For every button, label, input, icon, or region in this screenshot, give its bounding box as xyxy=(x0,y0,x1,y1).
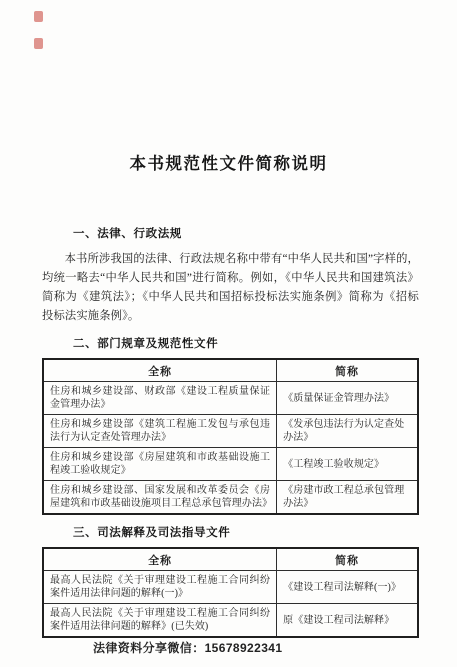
table-row: 住房和城乡建设部、国家发展和改革委员会《房屋建筑和市政基础设施项目工程总承包管理… xyxy=(43,481,418,515)
abbreviation-cell: 《质量保证金管理办法》 xyxy=(277,382,418,415)
abbreviation-cell: 原《建设工程司法解释》 xyxy=(277,604,418,638)
section-rules-heading: 二、部门规章及规范性文件 xyxy=(42,337,419,352)
laws-paragraph: 本书所涉我国的法律、行政法规名称中带有“中华人民共和国”字样的，均统一略去“中华… xyxy=(42,250,419,326)
rules-header-abbreviation: 简称 xyxy=(277,359,418,382)
full-name-cell: 住房和城乡建设部、国家发展和改革委员会《房屋建筑和市政基础设施项目工程总承包管理… xyxy=(43,481,277,515)
full-name-cell: 住房和城乡建设部《建筑工程施工发包与承包违法行为认定查处管理办法》 xyxy=(43,415,277,448)
judicial-table-header-row: 全称 简称 xyxy=(43,548,418,571)
rules-header-full-name: 全称 xyxy=(43,359,277,382)
abbreviation-cell: 《发承包违法行为认定查处办法》 xyxy=(277,415,418,448)
judicial-header-full-name: 全称 xyxy=(43,548,277,571)
section-judicial-heading: 三、司法解释及司法指导文件 xyxy=(42,526,419,541)
rules-table: 全称 简称 住房和城乡建设部、财政部《建设工程质量保证金管理办法》 《质量保证金… xyxy=(42,358,419,515)
table-row: 住房和城乡建设部《房屋建筑和市政基础设施工程竣工验收规定》 《工程竣工验收规定》 xyxy=(43,448,418,481)
full-name-cell: 住房和城乡建设部、财政部《建设工程质量保证金管理办法》 xyxy=(43,382,277,415)
judicial-header-abbreviation: 简称 xyxy=(277,548,418,571)
page-content: 一、法律、行政法规 本书所涉我国的法律、行政法规名称中带有“中华人民共和国”字样… xyxy=(42,227,419,638)
table-row: 住房和城乡建设部《建筑工程施工发包与承包违法行为认定查处管理办法》 《发承包违法… xyxy=(43,415,418,448)
full-name-cell: 住房和城乡建设部《房屋建筑和市政基础设施工程竣工验收规定》 xyxy=(43,448,277,481)
abbreviation-cell: 《工程竣工验收规定》 xyxy=(277,448,418,481)
judicial-table: 全称 简称 最高人民法院《关于审理建设工程施工合同纠纷案件适用法律问题的解释(一… xyxy=(42,547,419,638)
document-page: 本书规范性文件简称说明 一、法律、行政法规 本书所涉我国的法律、行政法规名称中带… xyxy=(0,0,457,667)
watermark-text: 法律资料分享微信：15678922341 xyxy=(93,639,282,656)
rules-table-header-row: 全称 简称 xyxy=(43,359,418,382)
abbreviation-cell: 《建设工程司法解释(一)》 xyxy=(277,571,418,604)
page-title: 本书规范性文件简称说明 xyxy=(0,150,457,174)
table-row: 最高人民法院《关于审理建设工程施工合同纠纷案件适用法律问题的解释(一)》 《建设… xyxy=(43,571,418,604)
red-stamp-mark-top xyxy=(34,11,43,22)
full-name-cell: 最高人民法院《关于审理建设工程施工合同纠纷案件适用法律问题的解释》(已失效) xyxy=(43,604,277,638)
full-name-cell: 最高人民法院《关于审理建设工程施工合同纠纷案件适用法律问题的解释(一)》 xyxy=(43,571,277,604)
table-row: 住房和城乡建设部、财政部《建设工程质量保证金管理办法》 《质量保证金管理办法》 xyxy=(43,382,418,415)
abbreviation-cell: 《房建市政工程总承包管理办法》 xyxy=(277,481,418,515)
table-row: 最高人民法院《关于审理建设工程施工合同纠纷案件适用法律问题的解释》(已失效) 原… xyxy=(43,604,418,638)
section-laws-heading: 一、法律、行政法规 xyxy=(42,227,419,242)
red-stamp-mark-bottom xyxy=(34,38,43,49)
